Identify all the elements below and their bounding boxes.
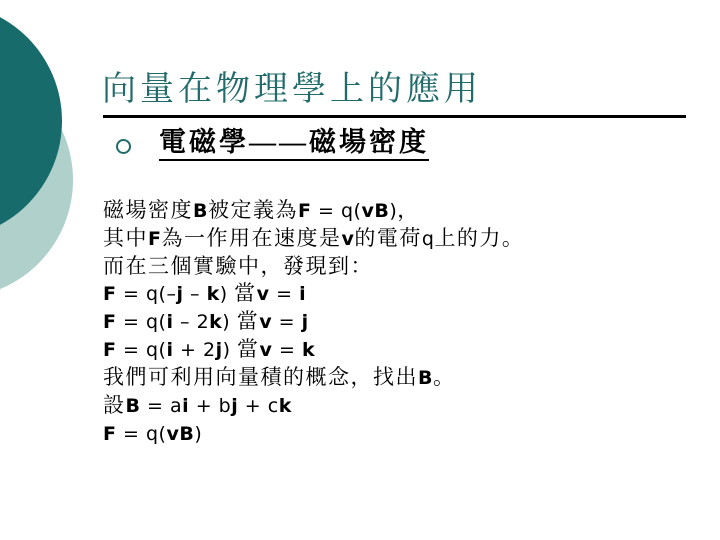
body-segment: 磁場密度 <box>103 198 193 222</box>
body-segment: B <box>126 395 141 417</box>
body-segment: + 2 <box>173 339 215 361</box>
body-segment: F <box>103 423 116 445</box>
title-underline-rule <box>103 115 686 118</box>
body-segment: 為一作用在速度是 <box>161 226 341 250</box>
bullet-circle-icon <box>116 139 131 154</box>
body-line: F = q(–j – k) 當v = i <box>103 280 524 308</box>
body-segment: ) <box>194 423 202 445</box>
body-segment: B <box>193 200 208 222</box>
body-segment: q <box>422 228 435 250</box>
body-segment: F <box>103 283 116 305</box>
body-segment: 。 <box>433 365 456 389</box>
body-segment: k <box>209 311 222 333</box>
body-segment: k <box>302 339 315 361</box>
presentation-slide: 向量在物理學上的應用 電磁學——磁場密度 磁場密度B被定義為F = q(vB)，… <box>0 0 720 540</box>
body-segment: j <box>216 339 223 361</box>
body-segment: = <box>272 311 302 333</box>
body-segment: v <box>257 283 270 305</box>
body-line: 磁場密度B被定義為F = q(vB)， <box>103 197 524 225</box>
body-segment: 被定義為 <box>208 198 298 222</box>
body-segment: ) <box>222 311 236 333</box>
body-segment: 當 <box>234 281 257 305</box>
body-segment: 的電荷 <box>354 226 422 250</box>
body-segment: = q( <box>116 423 166 445</box>
slide-body-text: 磁場密度B被定義為F = q(vB)，其中F為一作用在速度是v的電荷q上的力。而… <box>103 197 524 448</box>
body-segment: ) <box>220 283 234 305</box>
body-segment: 上的力。 <box>434 226 524 250</box>
body-line: 而在三個實驗中，發現到： <box>103 253 524 280</box>
body-segment: 而在三個實驗中，發現到： <box>103 254 373 278</box>
body-segment: v <box>341 228 354 250</box>
body-segment: i <box>299 283 306 305</box>
body-segment: – <box>183 283 206 305</box>
body-segment: F <box>148 228 161 250</box>
body-segment: + c <box>238 395 278 417</box>
body-segment: j <box>302 311 309 333</box>
body-line: F = q(i + 2j) 當v = k <box>103 336 524 364</box>
body-segment: = <box>270 283 300 305</box>
body-line: 我們可利用向量積的概念，找出B。 <box>103 364 524 392</box>
body-segment: = q( <box>311 200 361 222</box>
body-segment: v <box>260 339 273 361</box>
body-line: F = q(vB) <box>103 420 524 448</box>
body-segment: B <box>418 367 433 389</box>
body-segment: ) <box>223 339 237 361</box>
body-segment: – 2 <box>173 311 209 333</box>
body-segment: 其中 <box>103 226 148 250</box>
body-segment: vB <box>166 423 194 445</box>
body-segment: = a <box>140 395 182 417</box>
body-segment: = <box>272 339 302 361</box>
body-segment: k <box>207 283 220 305</box>
body-segment: ， <box>397 198 420 222</box>
body-segment: = q(– <box>116 283 176 305</box>
body-line: 其中F為一作用在速度是v的電荷q上的力。 <box>103 225 524 253</box>
body-segment: = q( <box>116 311 166 333</box>
slide-title: 向量在物理學上的應用 <box>102 69 482 110</box>
body-segment: 當 <box>237 309 260 333</box>
body-segment: + b <box>189 395 231 417</box>
body-segment: F <box>103 339 116 361</box>
body-segment: F <box>298 200 311 222</box>
bullet-heading: 電磁學——磁場密度 <box>159 127 429 161</box>
body-line: F = q(i – 2k) 當v = j <box>103 308 524 336</box>
body-segment: k <box>279 395 292 417</box>
body-line: 設B = ai + bj + ck <box>103 392 524 420</box>
body-segment: v <box>259 311 272 333</box>
body-segment: F <box>103 311 116 333</box>
body-segment: vB <box>361 200 389 222</box>
body-segment: 當 <box>237 337 260 361</box>
body-segment: = q( <box>116 339 166 361</box>
body-segment: 我們可利用向量積的概念，找出 <box>103 365 418 389</box>
body-segment: 設 <box>103 393 126 417</box>
